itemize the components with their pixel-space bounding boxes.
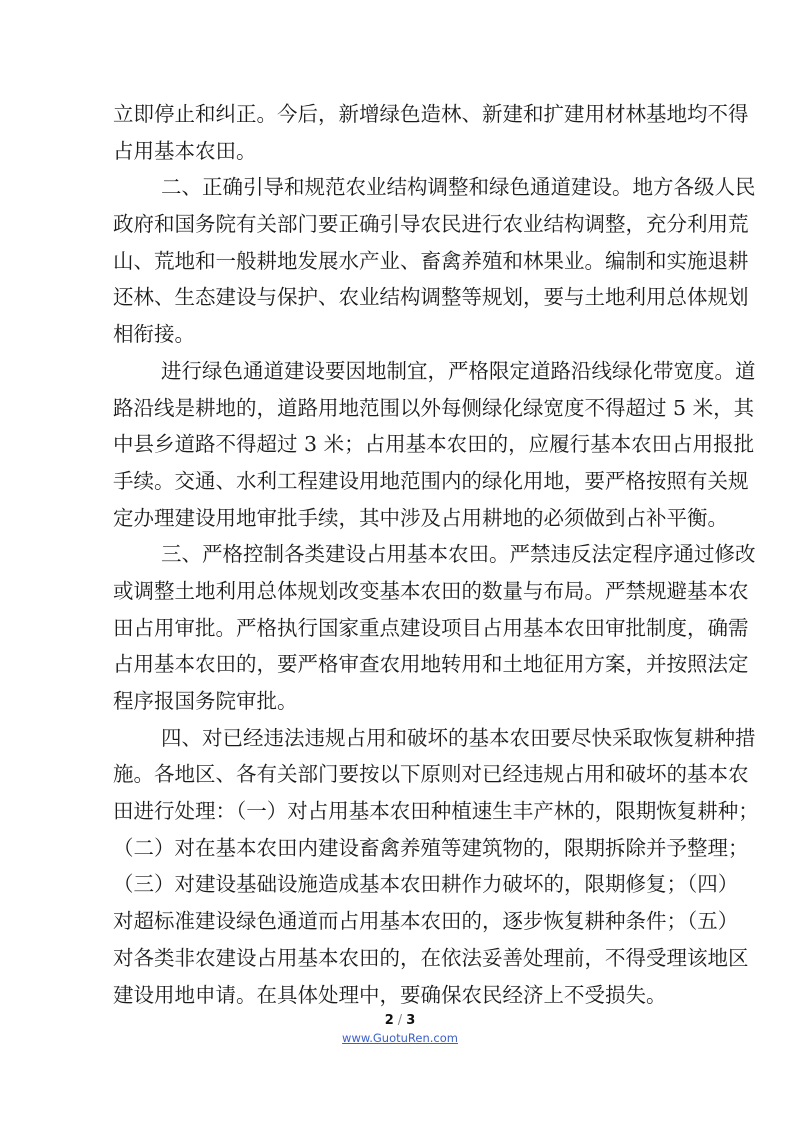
- text-line: （二）对在基本农田内建设畜禽养殖等建筑物的，限期拆除并予整理；: [113, 830, 689, 867]
- text-line: 中县乡道路不得超过 3 米；占用基本农田的，应履行基本农田占用报批: [113, 426, 689, 463]
- text-line: 立即停止和纠正。今后，新增绿色造林、新建和扩建用材林基地均不得: [113, 96, 689, 133]
- text-line: 路沿线是耕地的，道路用地范围以外每侧绿化绿宽度不得超过 5 米，其: [113, 390, 689, 427]
- text-line: 政府和国务院有关部门要正确引导农民进行农业结构调整，充分利用荒: [113, 206, 689, 243]
- text-line: 田占用审批。严格执行国家重点建设项目占用基本农田审批制度，确需: [113, 610, 689, 647]
- text-line: 建设用地申请。在具体处理中，要确保农民经济上不受损失。: [113, 977, 689, 1014]
- text-line: 对超标准建设绿色通道而占用基本农田的，逐步恢复耕种条件；（五）: [113, 903, 689, 940]
- text-line: 二、正确引导和规范农业结构调整和绿色通道建设。地方各级人民: [113, 169, 689, 206]
- text-line: 四、对已经违法违规占用和破坏的基本农田要尽快采取恢复耕种措: [113, 720, 689, 757]
- text-line: 还林、生态建设与保护、农业结构调整等规划，要与土地利用总体规划: [113, 279, 689, 316]
- text-line: 山、荒地和一般耕地发展水产业、畜禽养殖和林果业。编制和实施退耕: [113, 243, 689, 280]
- text-line: 相衔接。: [113, 316, 689, 353]
- footer-website: www.GuotuRen.com: [0, 1031, 800, 1045]
- text-line: 定办理建设用地审批手续，其中涉及占用耕地的必须做到占补平衡。: [113, 500, 689, 537]
- text-line: 程序报国务院审批。: [113, 683, 689, 720]
- text-line: 占用基本农田。: [113, 133, 689, 170]
- text-line: 进行绿色通道建设要因地制宜，严格限定道路沿线绿化带宽度。道: [113, 353, 689, 390]
- text-line: 三、严格控制各类建设占用基本农田。严禁违反法定程序通过修改: [113, 536, 689, 573]
- text-line: 对各类非农建设占用基本农田的，在依法妥善处理前，不得受理该地区: [113, 940, 689, 977]
- website-link[interactable]: www.GuotuRen.com: [342, 1031, 458, 1045]
- document-body: 立即停止和纠正。今后，新增绿色造林、新建和扩建用材林基地均不得占用基本农田。二、…: [113, 96, 689, 1013]
- page-separator: /: [394, 1013, 406, 1028]
- current-page: 2: [385, 1013, 394, 1028]
- text-line: （三）对建设基础设施造成基本农田耕作力破坏的，限期修复；（四）: [113, 866, 689, 903]
- text-line: 占用基本农田的，要严格审查农用地转用和土地征用方案，并按照法定: [113, 646, 689, 683]
- text-line: 施。各地区、各有关部门要按以下原则对已经违规占用和破坏的基本农: [113, 756, 689, 793]
- text-line: 手续。交通、水利工程建设用地范围内的绿化用地，要严格按照有关规: [113, 463, 689, 500]
- text-line: 田进行处理：（一）对占用基本农田种植速生丰产林的，限期恢复耕种；: [113, 793, 689, 830]
- total-pages: 3: [406, 1013, 415, 1028]
- page-number: 2/3: [0, 1013, 800, 1028]
- text-line: 或调整土地利用总体规划改变基本农田的数量与布局。严禁规避基本农: [113, 573, 689, 610]
